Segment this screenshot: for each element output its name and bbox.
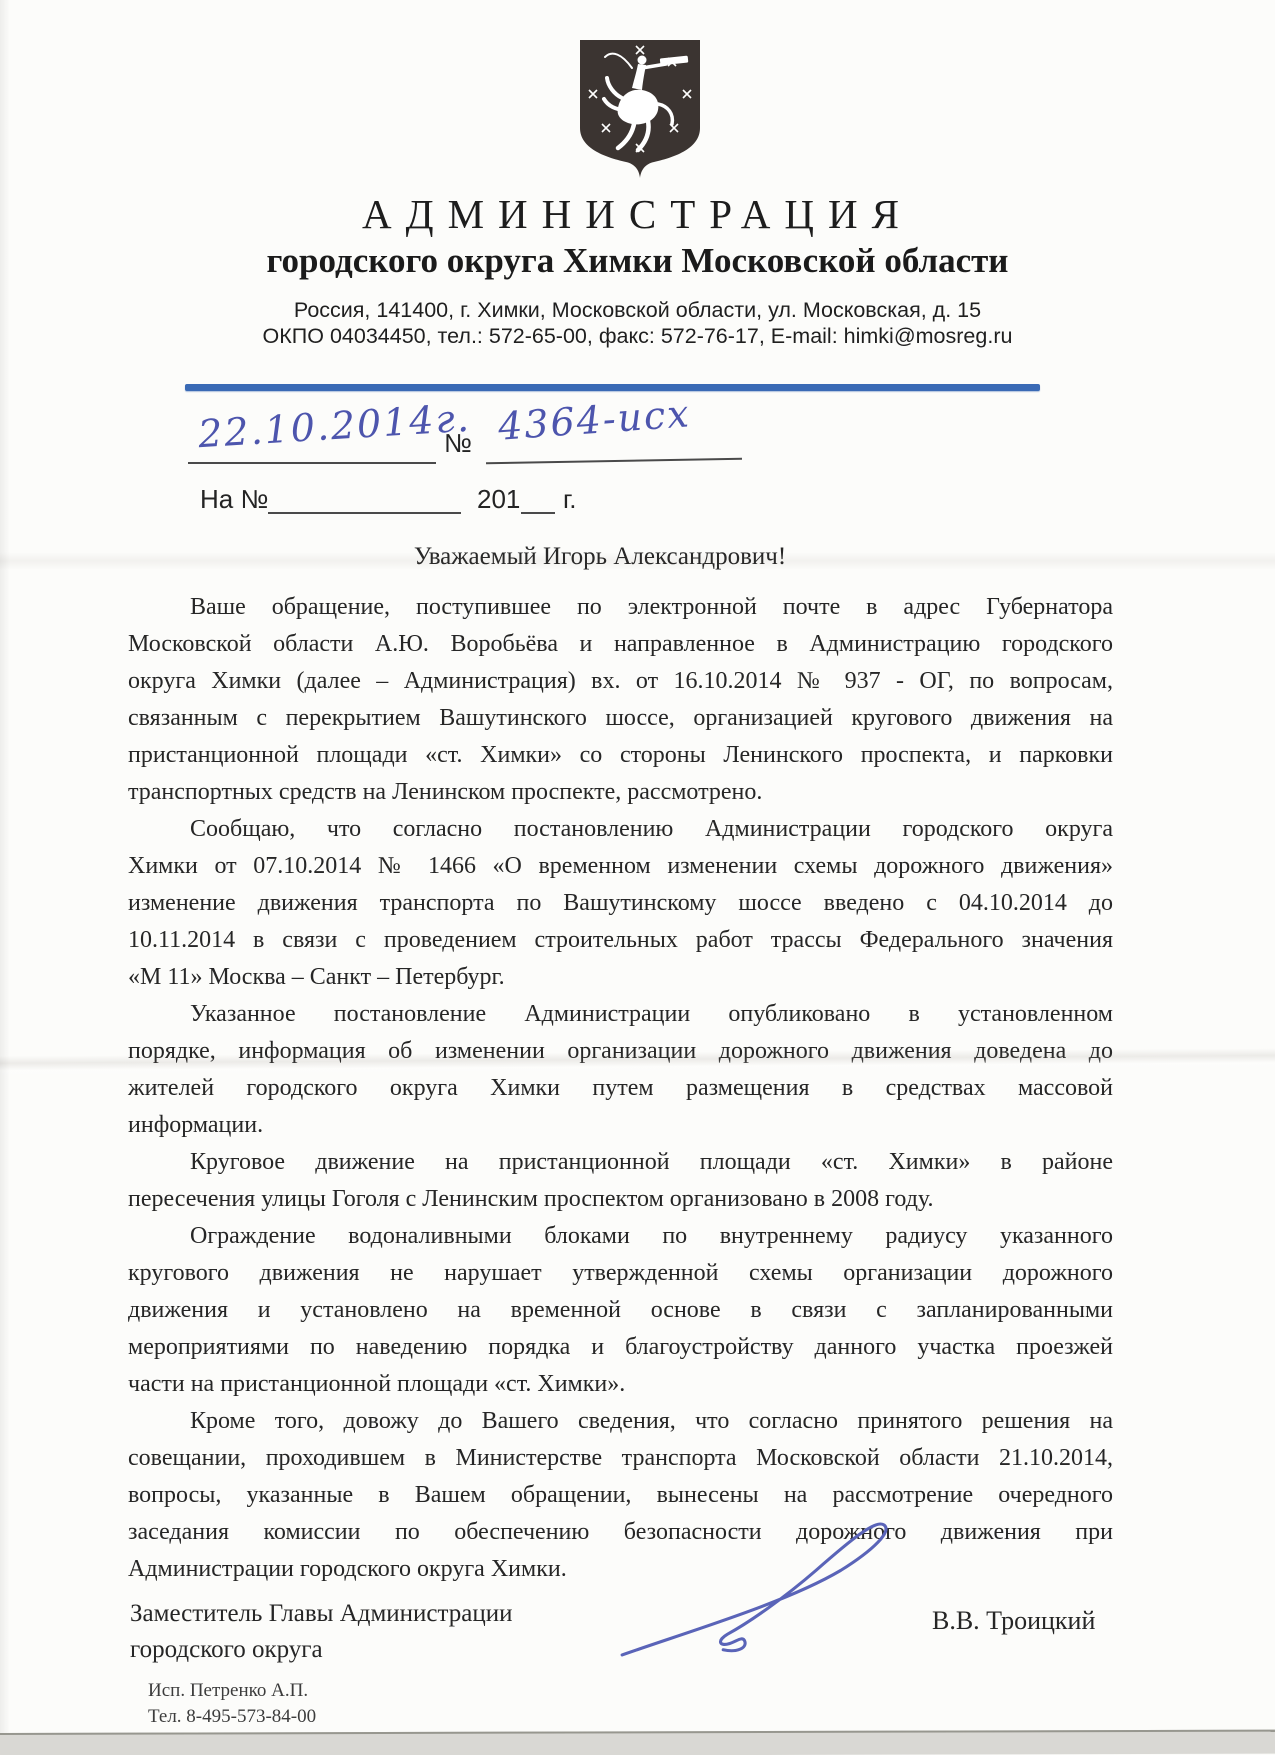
scan-edge-shadow	[0, 0, 10, 1755]
paragraph-line: связанным с перекрытием Вашутинского шос…	[128, 700, 1113, 737]
number-sign-label: №	[444, 428, 472, 459]
reply-number-underline	[268, 512, 461, 514]
paragraph-line: Сообщаю, что согласно постановлению Адми…	[128, 811, 1113, 848]
paragraph-line: мероприятиями по наведению порядка и бла…	[128, 1329, 1113, 1366]
signer-name: В.В. Троицкий	[932, 1606, 1095, 1636]
outgoing-number-handwritten: 4364-исх	[497, 391, 692, 448]
outgoing-date-handwritten: 22.10.2014г.	[197, 396, 472, 457]
paragraph-line: пересечения улицы Гоголя с Ленинским про…	[128, 1181, 1113, 1218]
paragraph-line: движения и установлено на временной осно…	[128, 1292, 1113, 1329]
number-underline	[486, 458, 742, 464]
reply-year-prefix: 201	[477, 484, 520, 515]
letterhead-divider	[185, 384, 1040, 391]
paragraph-line: Московской области А.Ю. Воробьёва и напр…	[128, 626, 1113, 663]
paragraph: Сообщаю, что согласно постановлению Адми…	[128, 811, 1113, 996]
org-contacts: ОКПО 04034450, тел.: 572-65-00, факс: 57…	[0, 324, 1275, 349]
paragraph-line: 10.11.2014 в связи с проведением строите…	[128, 922, 1113, 959]
org-name-sub: городского округа Химки Московской облас…	[0, 241, 1275, 281]
paper-bottom-edge	[0, 1730, 1275, 1755]
org-address: Россия, 141400, г. Химки, Московской обл…	[0, 298, 1275, 323]
reply-year-underline	[521, 512, 555, 514]
signature-ink	[618, 1516, 948, 1666]
signer-position-line2: городского округа	[130, 1632, 513, 1668]
paragraph-line: округа Химки (далее – Администрация) вх.…	[128, 663, 1113, 700]
signer-position: Заместитель Главы Администрации городско…	[130, 1596, 513, 1668]
paragraph: Круговое движение на пристанционной площ…	[128, 1144, 1113, 1218]
org-name-main: АДМИНИСТРАЦИЯ	[0, 190, 1275, 238]
executor-phone: Тел. 8-495-573-84-00	[148, 1704, 316, 1730]
paragraph: Ограждение водоналивными блоками по внут…	[128, 1218, 1113, 1403]
paragraph-line: «М 11» Москва – Санкт – Петербург.	[128, 959, 1113, 996]
paragraph-line: вопросы, указанные в Вашем обращении, вы…	[128, 1477, 1113, 1514]
paper-crease	[0, 552, 1275, 570]
reply-year-suffix: г.	[563, 484, 577, 515]
paragraph-line: изменение движения транспорта по Вашутин…	[128, 885, 1113, 922]
paragraph-line: Ваше обращение, поступившее по электронн…	[128, 589, 1113, 626]
body-paragraphs: Ваше обращение, поступившее по электронн…	[128, 589, 1113, 1588]
paragraph-line: части на пристанционной площади «ст. Хим…	[128, 1366, 1113, 1403]
paragraph-line: совещании, проходившем в Министерстве тр…	[128, 1440, 1113, 1477]
paragraph-line: Круговое движение на пристанционной площ…	[128, 1144, 1113, 1181]
paragraph-line: транспортных средств на Ленинском проспе…	[128, 774, 1113, 811]
paragraph-line: пристанционной площади «ст. Химки» со ст…	[128, 737, 1113, 774]
coat-of-arms-icon	[571, 36, 709, 184]
paragraph-line: информации.	[128, 1107, 1113, 1144]
reply-to-label: На №	[200, 484, 268, 515]
signer-position-line1: Заместитель Главы Администрации	[130, 1596, 513, 1632]
paragraph: Ваше обращение, поступившее по электронн…	[128, 589, 1113, 811]
paragraph-line: Указанное постановление Администрации оп…	[128, 996, 1113, 1033]
executor-block: Исп. Петренко А.П. Тел. 8-495-573-84-00	[148, 1678, 316, 1730]
scanned-letter-page: АДМИНИСТРАЦИЯ городского округа Химки Мо…	[0, 0, 1275, 1755]
paragraph-line: Химки от 07.10.2014 № 1466 «О временном …	[128, 848, 1113, 885]
paragraph-line: кругового движения не нарушает утвержден…	[128, 1255, 1113, 1292]
paragraph-line: Кроме того, довожу до Вашего сведения, ч…	[128, 1403, 1113, 1440]
date-underline	[188, 462, 436, 464]
executor-name: Исп. Петренко А.П.	[148, 1678, 316, 1704]
paragraph-line: Ограждение водоналивными блоками по внут…	[128, 1218, 1113, 1255]
